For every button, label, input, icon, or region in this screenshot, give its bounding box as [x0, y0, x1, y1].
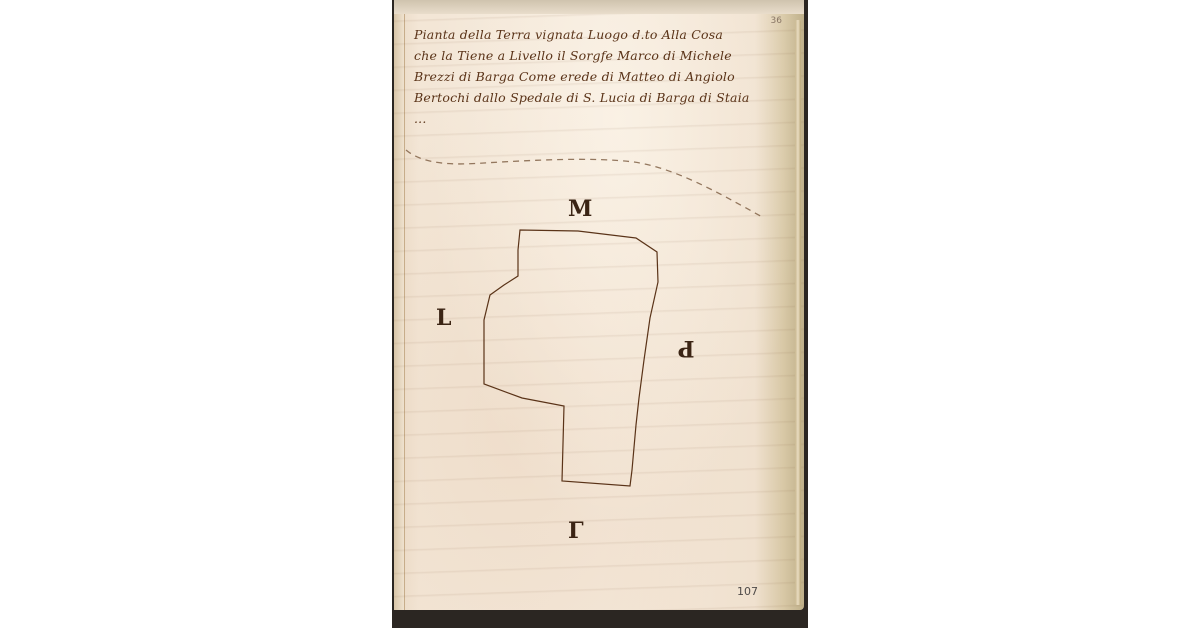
label-north: M — [568, 196, 592, 222]
label-west: L — [436, 305, 451, 331]
page-number: 107 — [737, 585, 758, 598]
land-plot-drawing — [394, 0, 804, 610]
book-scan: 36 Pianta della Terra vignata Luogo d.to… — [392, 0, 808, 628]
plot-outline — [484, 230, 658, 486]
label-east: P — [678, 335, 695, 361]
label-south: Γ — [568, 518, 584, 544]
manuscript-page: 36 Pianta della Terra vignata Luogo d.to… — [394, 0, 804, 610]
document-viewer: 36 Pianta della Terra vignata Luogo d.to… — [0, 0, 1200, 628]
